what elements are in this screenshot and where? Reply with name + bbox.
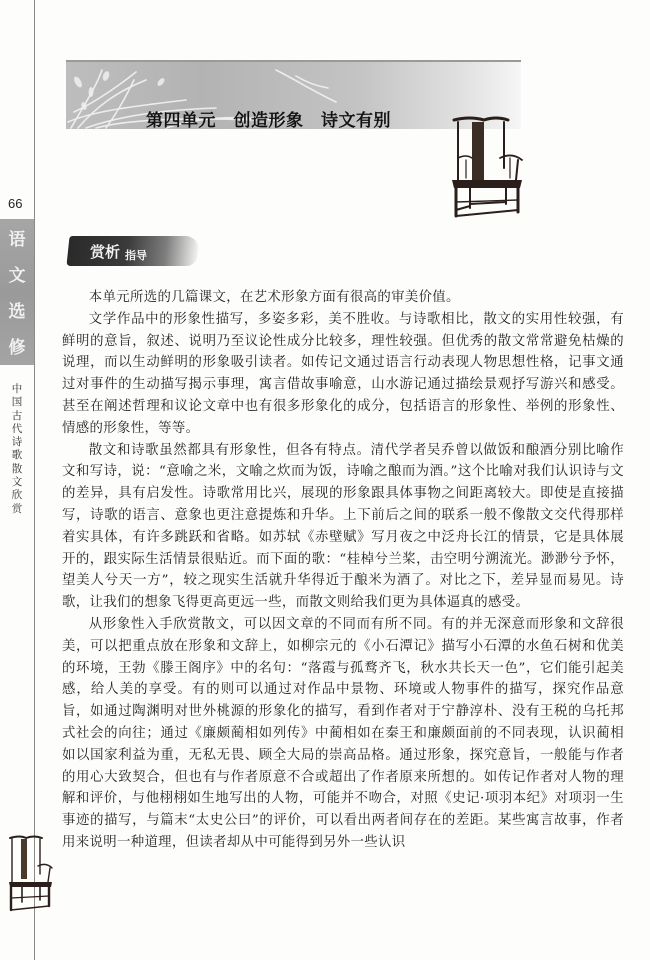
section-heading-sub: 指导 xyxy=(125,247,147,263)
body-text: 本单元所选的几篇课文，在艺术形象方面有很高的审美价值。 文学作品中的形象性描写，… xyxy=(62,287,624,854)
paragraph: 散文和诗歌虽然都具有形象性，但各有特点。清代学者吴乔曾以做饭和酿酒分别比喻作文和… xyxy=(62,440,624,614)
side-subtitle: 中国古代诗歌散文欣赏 xyxy=(10,383,24,516)
ming-chair-icon xyxy=(448,108,528,220)
section-heading-main: 赏析 xyxy=(90,241,120,262)
side-band-char: 选 xyxy=(0,297,34,322)
paragraph: 从形象性入手欣赏散文，可以因文章的不同而有所不同。有的并无深意而形象和文辞很美，… xyxy=(62,614,624,854)
side-band: 语 文 选 修 xyxy=(0,219,34,365)
side-band-char: 文 xyxy=(0,261,34,286)
side-band-char: 语 xyxy=(0,225,34,250)
paragraph: 文学作品中的形象性描写，多姿多彩，美不胜收。与诗歌相比，散文的实用性较强，有鲜明… xyxy=(62,309,624,440)
margin-rule xyxy=(34,0,35,960)
side-band-char: 修 xyxy=(0,333,34,358)
unit-title: 第四单元 创造形象 诗文有别 xyxy=(146,106,391,131)
page-number: 66 xyxy=(8,196,22,211)
paragraph: 本单元所选的几篇课文，在艺术形象方面有很高的审美价值。 xyxy=(62,287,624,309)
section-heading: 赏析 指导 xyxy=(68,236,198,266)
ming-chair-icon xyxy=(6,830,56,912)
